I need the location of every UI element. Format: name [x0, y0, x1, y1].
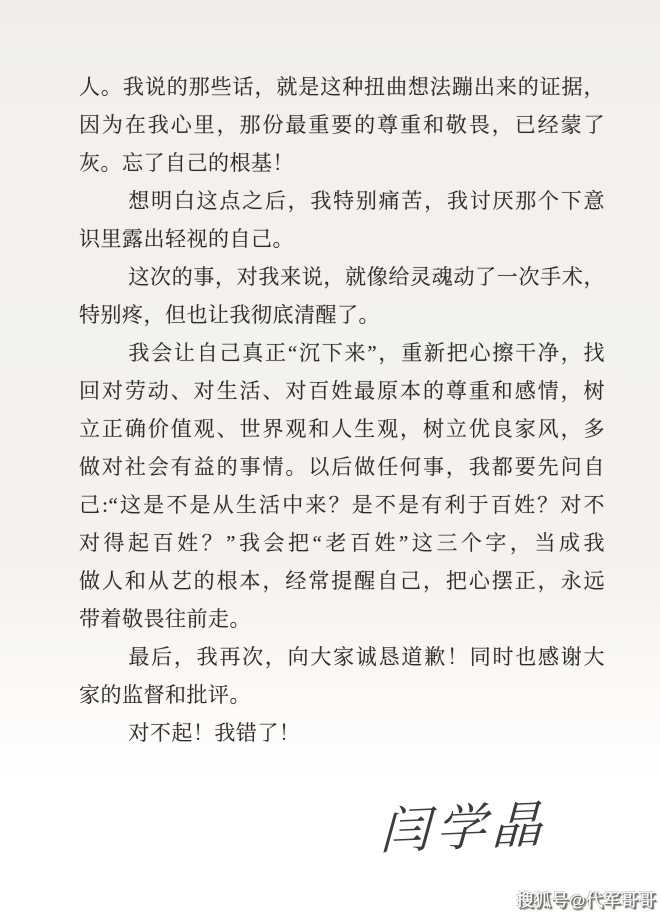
text-line: 立正确价值观、世界观和人生观，树立优良家风，多 [79, 410, 605, 448]
handwritten-signature: 闫学晶 [379, 784, 551, 864]
text-line: 识里露出轻视的自己。 [79, 220, 605, 258]
apology-letter-page: 人。我说的那些话，就是这种扭曲想法蹦出来的证据， 因为在我心里，那份最重要的尊重… [0, 0, 660, 917]
text-line: 灰。忘了自己的根基！ [79, 144, 605, 182]
text-line: 特别疼，但也让我彻底清醒了。 [79, 296, 605, 334]
text-line: 人。我说的那些话，就是这种扭曲想法蹦出来的证据， [79, 68, 605, 106]
text-line: 回对劳动、对生活、对百姓最原本的尊重和感情，树 [79, 372, 605, 410]
text-line: 我会让自己真正“沉下来”，重新把心擦干净，找 [79, 334, 605, 372]
text-line: 对得起百姓？”我会把“老百姓”这三个字，当成我 [79, 524, 605, 562]
text-line: 家的监督和批评。 [79, 676, 605, 714]
text-line: 对不起！我错了！ [79, 714, 605, 752]
text-line: 想明白这点之后，我特别痛苦，我讨厌那个下意 [79, 182, 605, 220]
text-line: 做对社会有益的事情。以后做任何事，我都要先问自 [79, 448, 605, 486]
text-line: 带着敬畏往前走。 [79, 600, 605, 638]
text-line: 最后，我再次，向大家诚恳道歉！同时也感谢大 [79, 638, 605, 676]
letter-body: 人。我说的那些话，就是这种扭曲想法蹦出来的证据， 因为在我心里，那份最重要的尊重… [79, 68, 605, 752]
watermark-sohu-badge: 搜狐号@代军哥哥 [516, 886, 656, 911]
text-line: 做人和从艺的根本，经常提醒自己，把心摆正，永远 [79, 562, 605, 600]
text-line: 因为在我心里，那份最重要的尊重和敬畏，已经蒙了 [79, 106, 605, 144]
text-line: 己:“这是不是从生活中来？是不是有利于百姓？对不 [79, 486, 605, 524]
text-line: 这次的事，对我来说，就像给灵魂动了一次手术， [79, 258, 605, 296]
